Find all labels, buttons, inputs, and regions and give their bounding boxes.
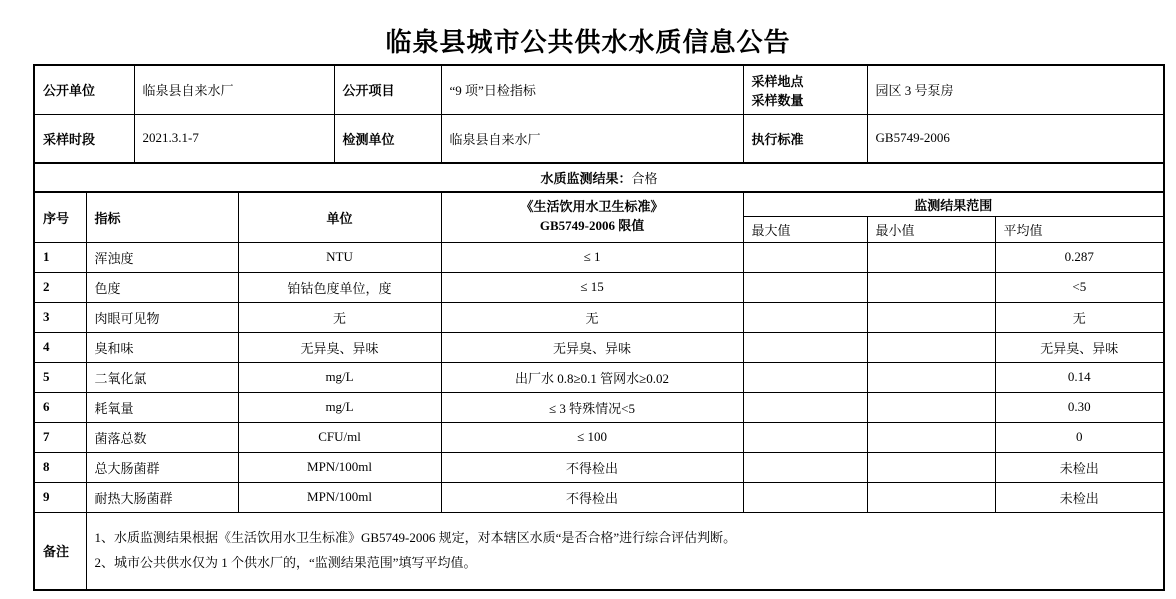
row-no: 3 — [34, 302, 86, 332]
row-min — [867, 302, 995, 332]
table-row: 2 色度 铂钴色度单位，度 ≤ 15 <5 — [34, 272, 1164, 302]
col-header-range: 监测结果范围 — [743, 192, 1164, 216]
row-unit: mg/L — [238, 392, 441, 422]
row-min — [867, 362, 995, 392]
row-max — [743, 302, 867, 332]
row-limit: ≤ 3 特殊情况<5 — [441, 392, 743, 422]
col-header-unit: 单位 — [238, 192, 441, 242]
row-no: 6 — [34, 392, 86, 422]
info-row-2: 采样时段 2021.3.1-7 检测单位 临泉县自来水厂 执行标准 GB5749… — [34, 114, 1164, 163]
row-avg: 0 — [995, 422, 1164, 452]
sampling-site-label-line2: 采样数量 — [752, 90, 859, 109]
row-indicator: 总大肠菌群 — [86, 452, 238, 482]
result-banner-value: 合格 — [632, 171, 658, 186]
remark-row: 备注 1、水质监测结果根据《生活饮用水卫生标准》GB5749-2006 规定，对… — [34, 512, 1164, 590]
row-indicator: 菌落总数 — [86, 422, 238, 452]
row-indicator: 耗氧量 — [86, 392, 238, 422]
row-limit: ≤ 15 — [441, 272, 743, 302]
row-limit: 出厂水 0.8≥0.1 管网水≥0.02 — [441, 362, 743, 392]
row-unit: NTU — [238, 242, 441, 272]
announcement-table-sheet: 公开单位 临泉县自来水厂 公开项目 “9 项”日检指标 采样地点 采样数量 园区… — [33, 64, 1163, 591]
row-limit: 无 — [441, 302, 743, 332]
row-avg: 未检出 — [995, 482, 1164, 512]
col-header-min: 最小值 — [867, 216, 995, 242]
row-max — [743, 422, 867, 452]
announcement-page: 临泉县城市公共供水水质信息公告 公开单位 临泉县自来水厂 公开项目 “9 项”日… — [0, 0, 1176, 599]
row-indicator: 色度 — [86, 272, 238, 302]
row-min — [867, 482, 995, 512]
header-row-1: 序号 指标 单位 《生活饮用水卫生标准》 GB5749-2006 限值 监测结果… — [34, 192, 1164, 216]
row-max — [743, 482, 867, 512]
row-max — [743, 362, 867, 392]
result-banner-row: 水质监测结果：合格 — [34, 163, 1164, 192]
table-row: 1 浑浊度 NTU ≤ 1 0.287 — [34, 242, 1164, 272]
row-indicator: 肉眼可见物 — [86, 302, 238, 332]
page-title: 临泉县城市公共供水水质信息公告 — [0, 30, 1176, 56]
sampling-period-value: 2021.3.1-7 — [134, 114, 334, 163]
table-row: 6 耗氧量 mg/L ≤ 3 特殊情况<5 0.30 — [34, 392, 1164, 422]
table-row: 3 肉眼可见物 无 无 无 — [34, 302, 1164, 332]
row-avg: 0.14 — [995, 362, 1164, 392]
table-row: 5 二氧化氯 mg/L 出厂水 0.8≥0.1 管网水≥0.02 0.14 — [34, 362, 1164, 392]
table-row: 4 臭和味 无异臭、异味 无异臭、异味 无异臭、异味 — [34, 332, 1164, 362]
row-min — [867, 242, 995, 272]
row-limit: 无异臭、异味 — [441, 332, 743, 362]
sampling-site-label: 采样地点 采样数量 — [743, 65, 867, 114]
sampling-site-label-line1: 采样地点 — [752, 71, 859, 90]
col-header-limit-line1: 《生活饮用水卫生标准》 — [450, 198, 735, 217]
standard-label: 执行标准 — [743, 114, 867, 163]
col-header-avg: 平均值 — [995, 216, 1164, 242]
water-quality-table: 公开单位 临泉县自来水厂 公开项目 “9 项”日检指标 采样地点 采样数量 园区… — [33, 64, 1165, 591]
sampling-period-label: 采样时段 — [34, 114, 134, 163]
row-max — [743, 452, 867, 482]
row-unit: CFU/ml — [238, 422, 441, 452]
row-unit: 无 — [238, 302, 441, 332]
col-header-no: 序号 — [34, 192, 86, 242]
row-avg: <5 — [995, 272, 1164, 302]
row-no: 2 — [34, 272, 86, 302]
public-unit-label: 公开单位 — [34, 65, 134, 114]
table-row: 9 耐热大肠菌群 MPN/100ml 不得检出 未检出 — [34, 482, 1164, 512]
row-min — [867, 452, 995, 482]
row-indicator: 臭和味 — [86, 332, 238, 362]
remark-label: 备注 — [34, 512, 86, 590]
row-avg: 无异臭、异味 — [995, 332, 1164, 362]
result-banner-label: 水质监测结果： — [541, 171, 632, 186]
row-no: 1 — [34, 242, 86, 272]
public-unit-value: 临泉县自来水厂 — [134, 65, 334, 114]
row-max — [743, 242, 867, 272]
table-row: 8 总大肠菌群 MPN/100ml 不得检出 未检出 — [34, 452, 1164, 482]
remark-line-1: 1、水质监测结果根据《生活饮用水卫生标准》GB5749-2006 规定，对本辖区… — [95, 526, 1156, 551]
col-header-limit: 《生活饮用水卫生标准》 GB5749-2006 限值 — [441, 192, 743, 242]
standard-value: GB5749-2006 — [867, 114, 1164, 163]
row-unit: mg/L — [238, 362, 441, 392]
row-avg: 无 — [995, 302, 1164, 332]
row-indicator: 二氧化氯 — [86, 362, 238, 392]
result-banner: 水质监测结果：合格 — [34, 163, 1164, 192]
info-row-1: 公开单位 临泉县自来水厂 公开项目 “9 项”日检指标 采样地点 采样数量 园区… — [34, 65, 1164, 114]
row-avg: 0.30 — [995, 392, 1164, 422]
sampling-site-value: 园区 3 号泵房 — [867, 65, 1164, 114]
row-limit: ≤ 1 — [441, 242, 743, 272]
testing-unit-label: 检测单位 — [334, 114, 441, 163]
row-unit: 铂钴色度单位，度 — [238, 272, 441, 302]
col-header-indicator: 指标 — [86, 192, 238, 242]
row-limit: 不得检出 — [441, 452, 743, 482]
public-item-label: 公开项目 — [334, 65, 441, 114]
row-indicator: 耐热大肠菌群 — [86, 482, 238, 512]
public-item-value: “9 项”日检指标 — [441, 65, 743, 114]
row-no: 4 — [34, 332, 86, 362]
row-unit: MPN/100ml — [238, 482, 441, 512]
row-no: 9 — [34, 482, 86, 512]
row-indicator: 浑浊度 — [86, 242, 238, 272]
testing-unit-value: 临泉县自来水厂 — [441, 114, 743, 163]
remark-content: 1、水质监测结果根据《生活饮用水卫生标准》GB5749-2006 规定，对本辖区… — [86, 512, 1164, 590]
row-avg: 未检出 — [995, 452, 1164, 482]
row-min — [867, 332, 995, 362]
row-no: 7 — [34, 422, 86, 452]
row-no: 8 — [34, 452, 86, 482]
row-unit: 无异臭、异味 — [238, 332, 441, 362]
row-min — [867, 272, 995, 302]
col-header-limit-line2: GB5749-2006 限值 — [450, 217, 735, 236]
row-limit: 不得检出 — [441, 482, 743, 512]
remark-line-2: 2、城市公共供水仅为 1 个供水厂的，“监测结果范围”填写平均值。 — [95, 551, 1156, 576]
row-max — [743, 332, 867, 362]
row-unit: MPN/100ml — [238, 452, 441, 482]
row-no: 5 — [34, 362, 86, 392]
row-max — [743, 392, 867, 422]
col-header-max: 最大值 — [743, 216, 867, 242]
row-min — [867, 392, 995, 422]
row-limit: ≤ 100 — [441, 422, 743, 452]
row-avg: 0.287 — [995, 242, 1164, 272]
table-row: 7 菌落总数 CFU/ml ≤ 100 0 — [34, 422, 1164, 452]
row-min — [867, 422, 995, 452]
row-max — [743, 272, 867, 302]
